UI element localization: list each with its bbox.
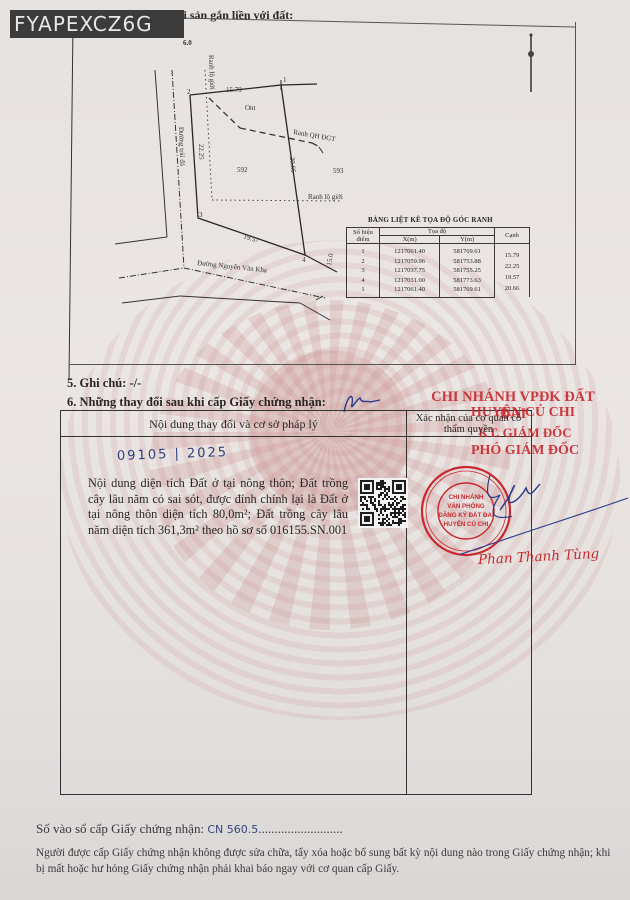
disclaimer-text: Người được cấp Giấy chứng nhận không đượ… bbox=[36, 845, 616, 877]
side-12-label: 15.79 bbox=[226, 86, 242, 94]
parcel-right-label: 593 bbox=[333, 167, 344, 175]
section-6-title: 6. Những thay đổi sau khi cấp Giấy chứng… bbox=[67, 395, 326, 410]
change-content-text: Nội dung diện tích Đất ở tại nông thôn; … bbox=[88, 476, 348, 538]
coord-header-x: X(m) bbox=[380, 236, 440, 244]
coord-point: 4 bbox=[347, 276, 380, 286]
qr-code-icon[interactable] bbox=[358, 478, 408, 528]
coord-x: 1217059.96 bbox=[380, 257, 440, 267]
coord-header-coords: Tọa độ bbox=[380, 228, 495, 236]
coord-point: 1 bbox=[347, 244, 380, 257]
watermark-label: FYAPEXCZ6G bbox=[10, 10, 184, 38]
plan-line-label: Ranh QH ĐGT bbox=[293, 128, 337, 143]
coord-table-row: 11217061.40581769.6115.7922.2519.5720.66 bbox=[347, 244, 530, 257]
point-2-label: 2 bbox=[187, 88, 191, 96]
coord-x: 1217061.40 bbox=[380, 285, 440, 297]
road-width-label: 6.0 bbox=[183, 39, 192, 47]
book-number-label: Số vào sổ cấp Giấy chứng nhận: bbox=[36, 821, 204, 836]
road-vertical-label: Đường trải đá bbox=[177, 127, 186, 167]
coord-table: Số hiệu điểm Tọa độ Cạnh X(m) Y(m) 11217… bbox=[346, 227, 530, 298]
coord-y: 581769.61 bbox=[440, 285, 495, 297]
coord-y: 581773.63 bbox=[440, 276, 495, 286]
coord-edges: 15.7922.2519.5720.66 bbox=[495, 244, 530, 298]
coord-table-title: BẢNG LIỆT KÊ TỌA ĐỘ GÓC RANH bbox=[368, 216, 493, 224]
coord-header-y: Y(m) bbox=[440, 236, 495, 244]
book-number-value: CN 560.5 bbox=[207, 823, 258, 836]
section-5-note: 5. Ghi chú: -/- bbox=[67, 376, 141, 391]
point-3-label: 3 bbox=[199, 211, 203, 219]
changes-header-confirmation: Xác nhận của cơ quan có thẩm quyền bbox=[406, 413, 531, 435]
coord-x: 1217031.00 bbox=[380, 276, 440, 286]
coord-point: 3 bbox=[347, 266, 380, 276]
coord-y: 581753.88 bbox=[440, 257, 495, 267]
parcel-left-label: 592 bbox=[237, 166, 248, 174]
side-4-road-label: 15.0 bbox=[325, 252, 335, 266]
coord-point: 1 bbox=[347, 285, 380, 297]
coord-point: 2 bbox=[347, 257, 380, 267]
coord-x: 1217061.40 bbox=[380, 244, 440, 257]
coord-header-point: Số hiệu điểm bbox=[347, 228, 380, 244]
land-parcel-sketch: 6.0 Ranh lộ giới 15.79 2 1 Ont Ranh QH Đ… bbox=[0, 0, 630, 380]
side-34-label: 19.57 bbox=[242, 232, 260, 245]
coord-y: 581755.25 bbox=[440, 266, 495, 276]
coord-header-edge: Cạnh bbox=[495, 228, 530, 244]
road-horizontal-label: Đường Nguyễn Văn Khạ bbox=[197, 259, 269, 274]
changes-header-content: Nội dung thay đổi và cơ sở pháp lý bbox=[61, 417, 406, 432]
coord-y: 581769.61 bbox=[440, 244, 495, 257]
point-4-label: 4 bbox=[302, 256, 306, 264]
stamp-deputy-line: PHÓ GIÁM ĐỐC bbox=[440, 443, 610, 459]
side-41-label: 20.66 bbox=[288, 156, 297, 173]
coord-x: 1217037.75 bbox=[380, 266, 440, 276]
side-23-label: 22.25 bbox=[197, 144, 206, 161]
book-number-line: Số vào sổ cấp Giấy chứng nhận: CN 560.5.… bbox=[36, 821, 343, 837]
land-type-label: Ont bbox=[245, 104, 256, 112]
boundary-top-label: Ranh lộ giới bbox=[207, 55, 216, 90]
point-1-label: 1 bbox=[283, 76, 287, 84]
boundary-right-label: Ranh lộ giới bbox=[308, 193, 343, 201]
